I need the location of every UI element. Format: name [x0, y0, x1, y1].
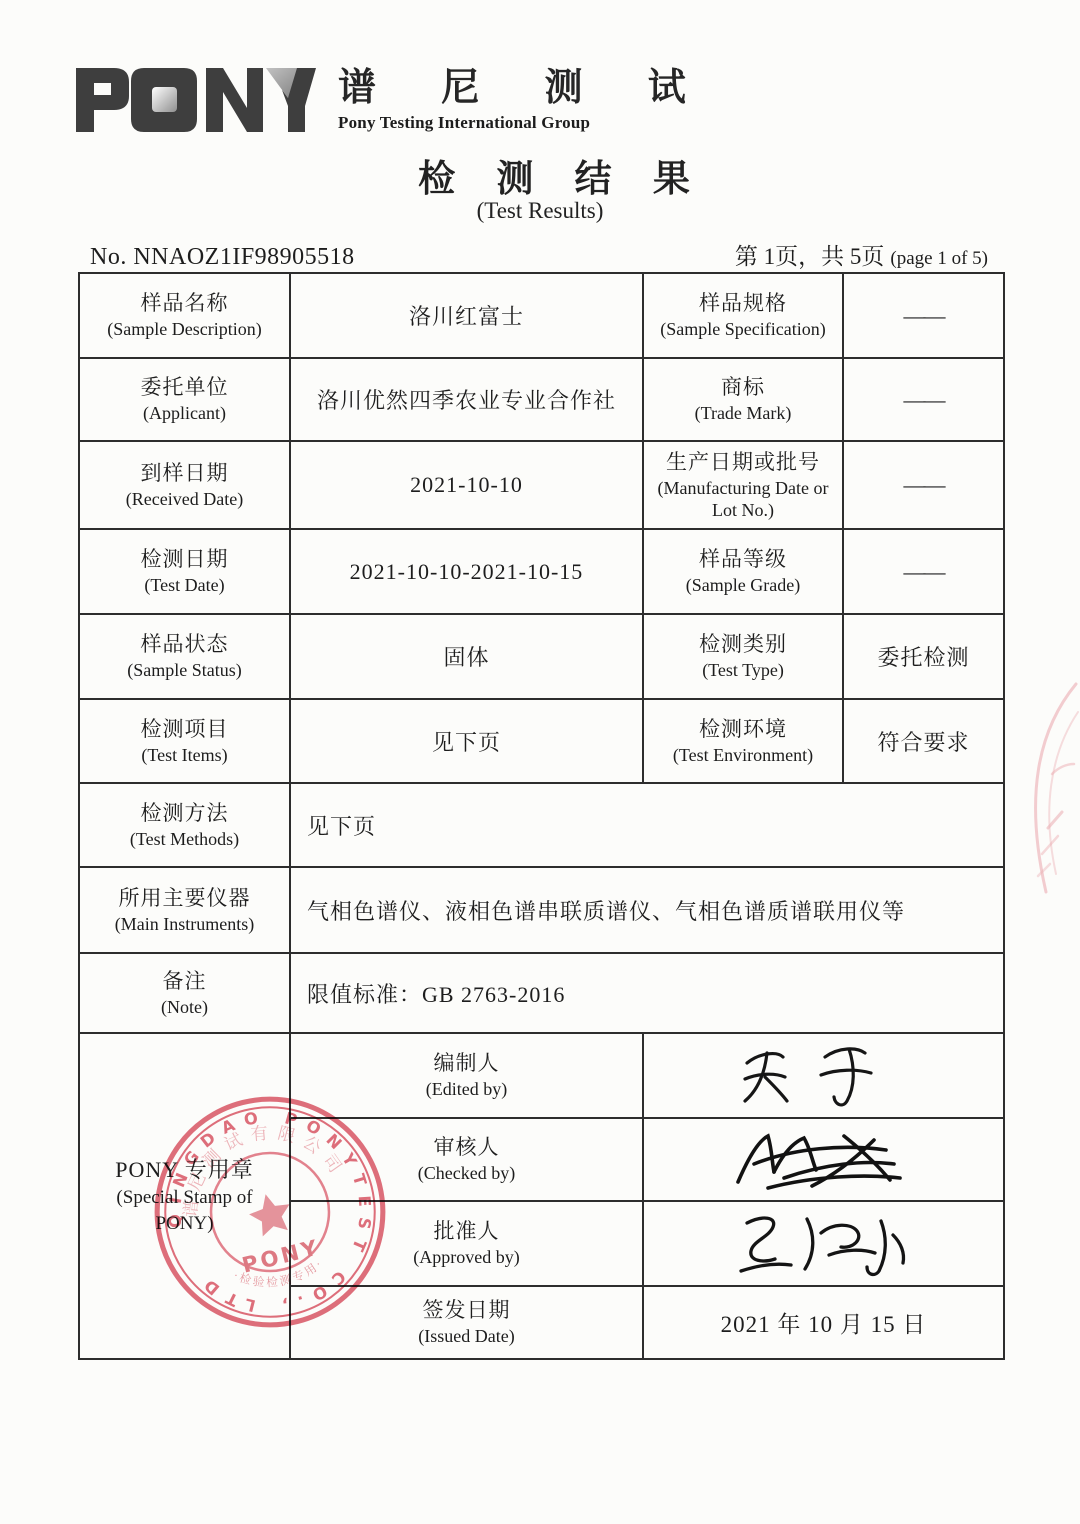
- value-test-environment: 符合要求: [843, 699, 1004, 783]
- logo-chinese-name: 谱 尼 测 试: [338, 68, 712, 106]
- value-applicant: 洛川优然四季农业专业合作社: [290, 358, 643, 441]
- table-row: PONY 专用章 (Special Stamp of PONY) 编制人(Edi…: [79, 1033, 1004, 1118]
- table-row: 检测日期(Test Date) 2021-10-10-2021-10-15 样品…: [79, 529, 1004, 614]
- label-received-date: 到样日期(Received Date): [79, 441, 290, 529]
- table-row: 委托单位(Applicant) 洛川优然四季农业专业合作社 商标(Trade M…: [79, 358, 1004, 441]
- logo-english-name: Pony Testing International Group: [338, 113, 712, 133]
- label-issued-date: 签发日期(Issued Date): [290, 1286, 643, 1359]
- label-note: 备注(Note): [79, 953, 290, 1033]
- value-test-type: 委托检测: [843, 614, 1004, 699]
- value-sample-status: 固体: [290, 614, 643, 699]
- value-test-date: 2021-10-10-2021-10-15: [290, 529, 643, 614]
- label-edited-by: 编制人(Edited by): [290, 1033, 643, 1118]
- value-manufacturing-date: ——: [843, 441, 1004, 529]
- value-note: 限值标准：GB 2763-2016: [290, 953, 1004, 1033]
- label-applicant: 委托单位(Applicant): [79, 358, 290, 441]
- edge-partial-stamp: [1012, 678, 1080, 912]
- signature-approved-by: [729, 1207, 919, 1281]
- meta-row: No. NNAOZ1IF98905518 第 1页，共 5页(page 1 of…: [90, 238, 988, 271]
- label-sample-grade: 样品等级(Sample Grade): [643, 529, 843, 614]
- signature-edited-by-cell: [643, 1033, 1004, 1118]
- page-indicator: 第 1页，共 5页(page 1 of 5): [735, 238, 988, 271]
- value-test-methods: 见下页: [290, 783, 1004, 867]
- signature-checked-by: [724, 1124, 924, 1196]
- table-row: 样品状态(Sample Status) 固体 检测类别(Test Type) 委…: [79, 614, 1004, 699]
- value-received-date: 2021-10-10: [290, 441, 643, 529]
- table-row: 检测方法(Test Methods) 见下页: [79, 783, 1004, 867]
- value-main-instruments: 气相色谱仪、液相色谱串联质谱仪、气相色谱质谱联用仪等: [290, 867, 1004, 953]
- page-indicator-cn: 第 1页，共 5页: [735, 244, 885, 269]
- label-test-date: 检测日期(Test Date): [79, 529, 290, 614]
- signature-edited-by: [729, 1039, 919, 1113]
- page-title: 检 测 结 果: [22, 148, 1080, 202]
- label-checked-by: 审核人(Checked by): [290, 1118, 643, 1201]
- label-manufacturing-date: 生产日期或批号(Manufacturing Date or Lot No.): [643, 441, 843, 529]
- label-test-type: 检测类别(Test Type): [643, 614, 843, 699]
- label-test-items: 检测项目(Test Items): [79, 699, 290, 783]
- label-test-environment: 检测环境(Test Environment): [643, 699, 843, 783]
- pony-logo-icon: [76, 60, 316, 138]
- header-logo-group: 谱 尼 测 试 Pony Testing International Group: [76, 60, 712, 138]
- value-issued-date: 2021 年 10 月 15 日: [643, 1286, 1004, 1359]
- label-sample-specification: 样品规格(Sample Specification): [643, 273, 843, 358]
- label-main-instruments: 所用主要仪器(Main Instruments): [79, 867, 290, 953]
- value-test-items: 见下页: [290, 699, 643, 783]
- report-number: No. NNAOZ1IF98905518: [90, 244, 355, 271]
- label-trade-mark: 商标(Trade Mark): [643, 358, 843, 441]
- table-row: 备注(Note) 限值标准：GB 2763-2016: [79, 953, 1004, 1033]
- signature-approved-by-cell: [643, 1201, 1004, 1286]
- special-stamp-cell: PONY 专用章 (Special Stamp of PONY): [79, 1033, 290, 1359]
- table-row: 所用主要仪器(Main Instruments) 气相色谱仪、液相色谱串联质谱仪…: [79, 867, 1004, 953]
- value-sample-specification: ——: [843, 273, 1004, 358]
- label-sample-status: 样品状态(Sample Status): [79, 614, 290, 699]
- table-row: 检测项目(Test Items) 见下页 检测环境(Test Environme…: [79, 699, 1004, 783]
- value-sample-grade: ——: [843, 529, 1004, 614]
- label-sample-description: 样品名称(Sample Description): [79, 273, 290, 358]
- value-trade-mark: ——: [843, 358, 1004, 441]
- page-indicator-en: (page 1 of 5): [890, 248, 988, 269]
- test-report-page: 谱 尼 测 试 Pony Testing International Group…: [0, 0, 1080, 1524]
- label-approved-by: 批准人(Approved by): [290, 1201, 643, 1286]
- signature-checked-by-cell: [643, 1118, 1004, 1201]
- table-row: 到样日期(Received Date) 2021-10-10 生产日期或批号(M…: [79, 441, 1004, 529]
- page-subtitle: (Test Results): [0, 198, 1080, 224]
- table-row: 样品名称(Sample Description) 洛川红富士 样品规格(Samp…: [79, 273, 1004, 358]
- value-sample-description: 洛川红富士: [290, 273, 643, 358]
- label-test-methods: 检测方法(Test Methods): [79, 783, 290, 867]
- report-table: 样品名称(Sample Description) 洛川红富士 样品规格(Samp…: [78, 272, 1005, 1360]
